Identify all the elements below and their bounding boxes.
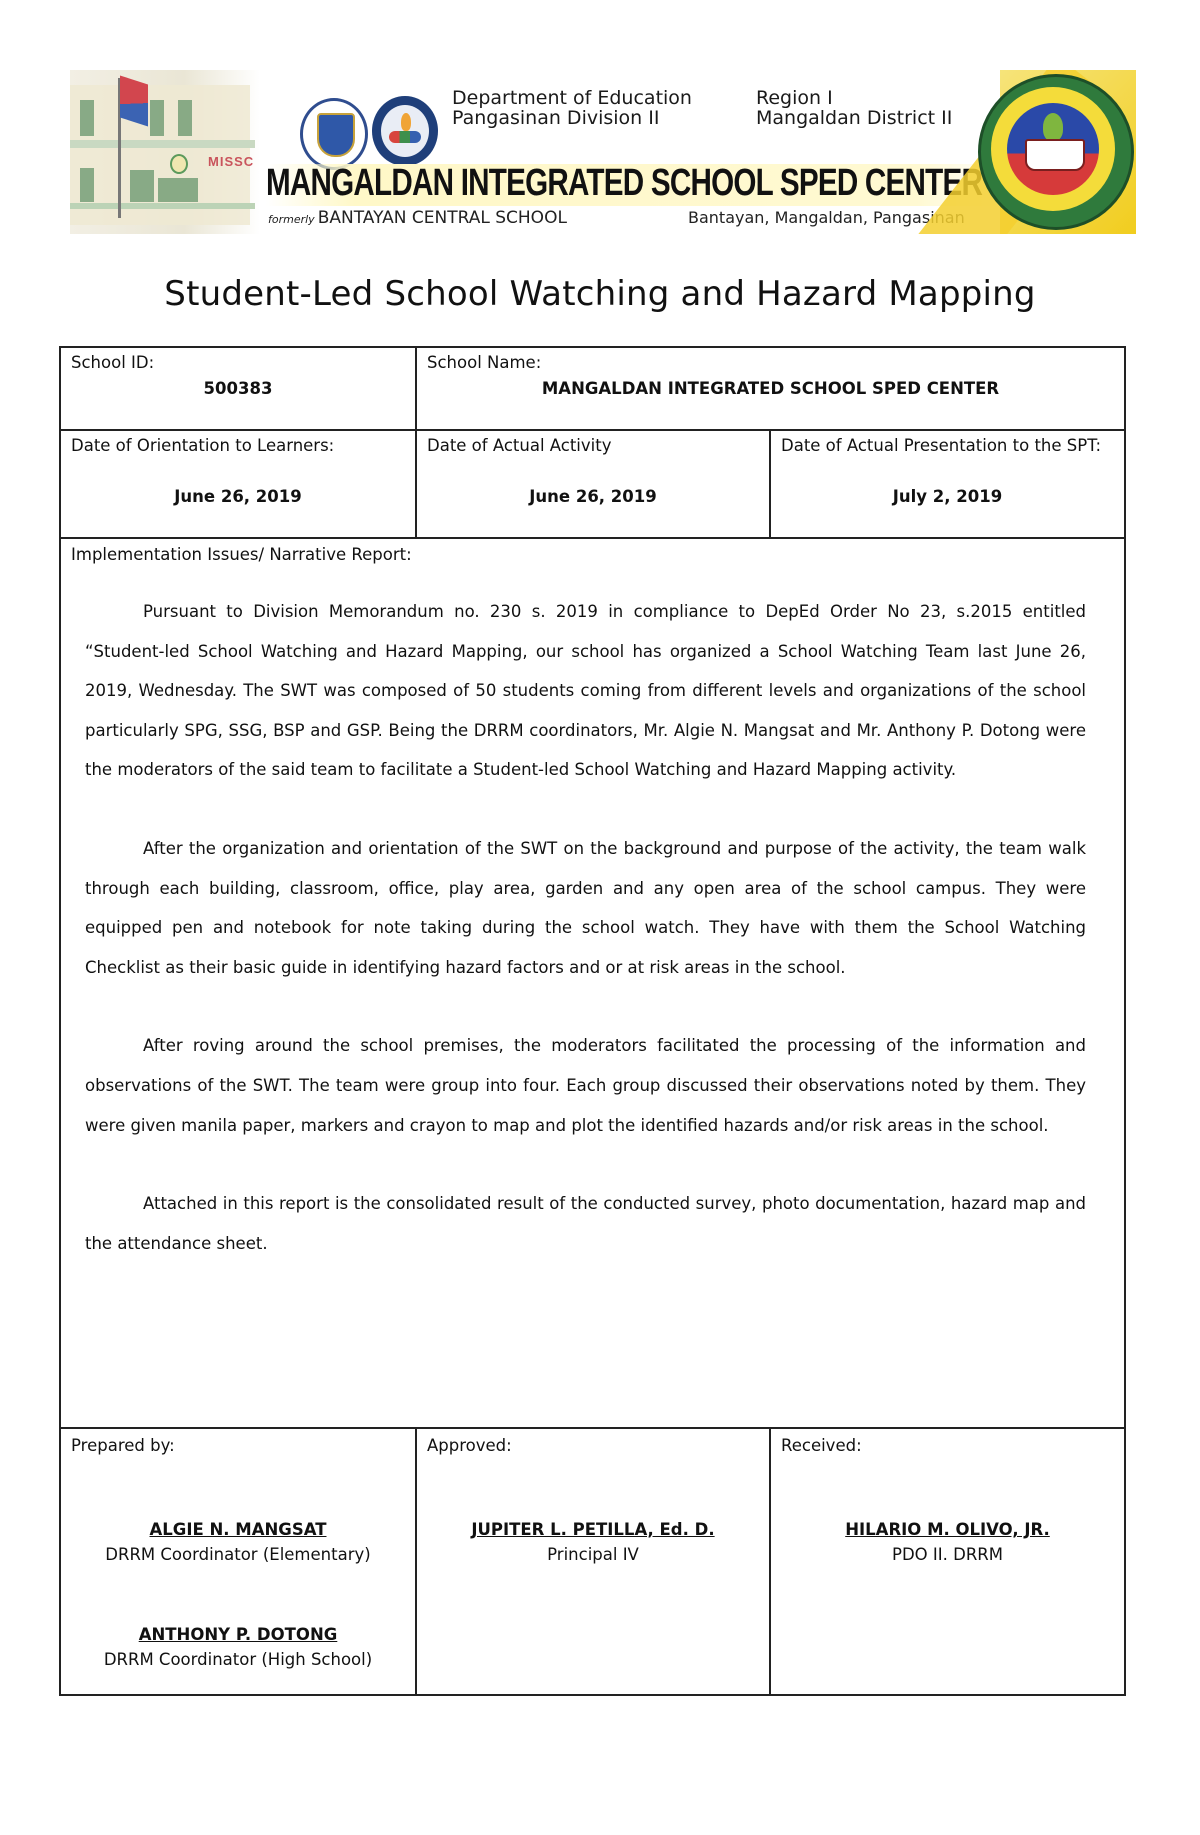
department-block: Department of Education Pangasinan Divis… xyxy=(452,88,692,128)
school-id-value: 500383 xyxy=(71,378,405,400)
signatory-role: DRRM Coordinator (Elementary) xyxy=(61,1543,415,1567)
narrative-paragraph: After the organization and orientation o… xyxy=(85,829,1086,987)
received-cell: Received: HILARIO M. OLIVO, JR. PDO II. … xyxy=(769,1429,1124,1694)
approved-label: Approved: xyxy=(427,1435,759,1457)
report-form-table: School ID: 500383 School Name: MANGALDAN… xyxy=(59,346,1126,1696)
signatory: HILARIO M. OLIVO, JR. PDO II. DRRM xyxy=(771,1517,1124,1567)
school-name-label: School Name: xyxy=(427,352,1114,374)
orientation-date-cell: Date of Orientation to Learners: June 26… xyxy=(61,431,415,537)
activity-date-label: Date of Actual Activity xyxy=(427,435,759,457)
prepared-by-label: Prepared by: xyxy=(71,1435,405,1457)
signatory-role: PDO II. DRRM xyxy=(771,1543,1124,1567)
school-seal-icon xyxy=(978,74,1134,230)
received-label: Received: xyxy=(781,1435,1114,1457)
approved-cell: Approved: JUPITER L. PETILLA, Ed. D. Pri… xyxy=(415,1429,769,1694)
narrative-row: Implementation Issues/ Narrative Report:… xyxy=(61,539,1124,1429)
building-seal-icon xyxy=(170,154,188,174)
school-info-row: School ID: 500383 School Name: MANGALDAN… xyxy=(61,348,1124,431)
region-name: Region I xyxy=(756,88,952,108)
former-name: formerlyBANTAYAN CENTRAL SCHOOL xyxy=(268,208,567,228)
presentation-date-value: July 2, 2019 xyxy=(771,486,1124,508)
school-id-cell: School ID: 500383 xyxy=(61,348,415,429)
signatory: ANTHONY P. DOTONG DRRM Coordinator (High… xyxy=(61,1622,415,1672)
department-name: Department of Education xyxy=(452,88,692,108)
signatory: JUPITER L. PETILLA, Ed. D. Principal IV xyxy=(417,1517,769,1567)
district-name: Mangaldan District II xyxy=(756,108,952,128)
school-name-value: MANGALDAN INTEGRATED SCHOOL SPED CENTER xyxy=(427,378,1114,400)
signatory-role: DRRM Coordinator (High School) xyxy=(61,1648,415,1672)
narrative-paragraph: After roving around the school premises,… xyxy=(85,1026,1086,1145)
orientation-date-value: June 26, 2019 xyxy=(61,486,415,508)
formerly-school-name: BANTAYAN CENTRAL SCHOOL xyxy=(318,208,567,228)
signatory-name: ANTHONY P. DOTONG xyxy=(61,1622,415,1648)
signatory-role: Principal IV xyxy=(417,1543,769,1567)
flag-icon xyxy=(120,75,148,126)
school-header-banner: MISSC Department of Education Pangasinan… xyxy=(70,70,1136,234)
deped-seal-icon xyxy=(300,98,368,170)
signatory-name: HILARIO M. OLIVO, JR. xyxy=(771,1517,1124,1543)
activity-date-cell: Date of Actual Activity June 26, 2019 xyxy=(415,431,769,537)
narrative-paragraph: Attached in this report is the consolida… xyxy=(85,1184,1086,1263)
narrative-paragraph: Pursuant to Division Memorandum no. 230 … xyxy=(85,592,1086,790)
signatory-name: JUPITER L. PETILLA, Ed. D. xyxy=(417,1517,769,1543)
presentation-date-label: Date of Actual Presentation to the SPT: xyxy=(781,435,1114,457)
signatory-name: ALGIE N. MANGSAT xyxy=(61,1517,415,1543)
narrative-label: Implementation Issues/ Narrative Report: xyxy=(61,539,1124,570)
school-id-label: School ID: xyxy=(71,352,405,374)
orientation-date-label: Date of Orientation to Learners: xyxy=(71,435,405,457)
school-address: Bantayan, Mangaldan, Pangasinan xyxy=(688,208,965,227)
school-name-cell: School Name: MANGALDAN INTEGRATED SCHOOL… xyxy=(415,348,1124,429)
region-block: Region I Mangaldan District II xyxy=(756,88,952,128)
school-building-photo: MISSC xyxy=(70,70,260,234)
building-sign: MISSC xyxy=(208,154,254,169)
division-name: Pangasinan Division II xyxy=(452,108,692,128)
signatory: ALGIE N. MANGSAT DRRM Coordinator (Eleme… xyxy=(61,1517,415,1567)
formerly-prefix: formerly xyxy=(268,213,315,226)
dates-row: Date of Orientation to Learners: June 26… xyxy=(61,431,1124,539)
division-seal-icon xyxy=(372,96,438,166)
narrative-report: Pursuant to Division Memorandum no. 230 … xyxy=(61,570,1124,1263)
presentation-date-cell: Date of Actual Presentation to the SPT: … xyxy=(769,431,1124,537)
school-title: MANGALDAN INTEGRATED SCHOOL SPED CENTER xyxy=(266,162,982,205)
signatories-row: Prepared by: ALGIE N. MANGSAT DRRM Coord… xyxy=(61,1429,1124,1694)
activity-date-value: June 26, 2019 xyxy=(417,486,769,508)
document-title: Student-Led School Watching and Hazard M… xyxy=(0,274,1200,314)
prepared-by-cell: Prepared by: ALGIE N. MANGSAT DRRM Coord… xyxy=(61,1429,415,1694)
